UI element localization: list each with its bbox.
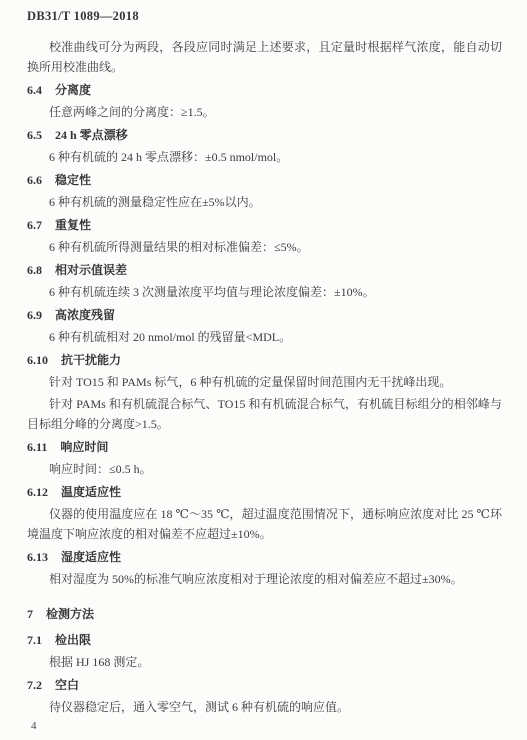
section-heading: 6.12温度适应性 [27,482,502,502]
body-paragraph: 待仪器稳定后，通入零空气，测试 6 种有机硫的响应值。 [27,697,502,717]
body-paragraph: 6 种有机硫所得测量结果的相对标准偏差：≤5%。 [27,237,502,257]
section-title: 湿度适应性 [61,550,121,564]
section-title: 响应时间 [60,440,108,454]
body-paragraph: 响应时间：≤0.5 h。 [27,459,502,479]
body-paragraph: 任意两峰之间的分离度：≥1.5。 [27,102,502,122]
section-heading: 6.7重复性 [27,215,502,235]
section-number: 6.7 [27,215,42,235]
body-paragraph: 根据 HJ 168 测定。 [27,652,502,672]
section-title: 高浓度残留 [55,308,115,322]
body-paragraph: 6 种有机硫的测量稳定性应在±5%以内。 [27,192,502,212]
body-paragraph: 相对湿度为 50%的标准气响应浓度相对于理论浓度的相对偏差应不超过±30%。 [27,569,502,589]
section-title: 温度适应性 [61,485,121,499]
section-number: 6.8 [27,260,42,280]
section-number: 7 [27,604,33,624]
section-title: 检出限 [55,633,91,647]
section-heading: 6.10抗干扰能力 [27,350,502,370]
document-body: 校准曲线可分为两段，各段应同时满足上述要求，且定量时根据样气浓度，能自动切换所用… [27,37,502,717]
section-heading: 7.2空白 [27,675,502,695]
section-title: 抗干扰能力 [61,353,121,367]
section-heading: 6.9高浓度残留 [27,305,502,325]
section-heading: 6.8相对示值误差 [27,260,502,280]
section-title: 重复性 [55,218,91,232]
section-number: 6.4 [27,80,42,100]
section-number: 6.12 [27,482,48,502]
body-paragraph: 6 种有机硫的 24 h 零点漂移：±0.5 nmol/mol。 [27,147,502,167]
section-number: 6.6 [27,170,42,190]
section-number: 6.9 [27,305,42,325]
section-heading: 6.524 h 零点漂移 [27,125,502,145]
document-header-standard-number: DB31/T 1089—2018 [27,8,502,24]
section-heading: 6.4分离度 [27,80,502,100]
section-heading: 6.11响应时间 [27,437,502,457]
body-paragraph: 针对 TO15 和 PAMs 标气，6 种有机硫的定量保留时间范围内无干扰峰出现… [27,372,502,392]
body-paragraph: 仪器的使用温度应在 18 ℃～35 ℃，超过温度范围情况下，通标响应浓度对比 2… [27,504,502,544]
section-heading: 6.13湿度适应性 [27,547,502,567]
section-number: 6.5 [27,125,42,145]
section-number: 6.10 [27,350,48,370]
body-paragraph: 6 种有机硫相对 20 nmol/mol 的残留量<MDL。 [27,327,502,347]
section-title: 24 h 零点漂移 [55,128,128,142]
section-title: 分离度 [55,83,91,97]
section-title: 检测方法 [46,607,94,621]
body-paragraph: 针对 PAMs 和有机硫混合标气、TO15 和有机硫混合标气，有机硫目标组分的相… [27,394,502,434]
section-title: 稳定性 [55,173,91,187]
section-number: 7.2 [27,675,42,695]
section-number: 6.13 [27,547,48,567]
section-number: 7.1 [27,630,42,650]
page-number: 4 [31,720,37,732]
section-number: 6.11 [27,437,47,457]
section-heading: 7.1检出限 [27,630,502,650]
section-title: 相对示值误差 [55,263,127,277]
chapter-heading: 7检测方法 [27,604,502,624]
section-heading: 6.6稳定性 [27,170,502,190]
body-paragraph: 6 种有机硫连续 3 次测量浓度平均值与理论浓度偏差：±10%。 [27,282,502,302]
body-paragraph: 校准曲线可分为两段，各段应同时满足上述要求，且定量时根据样气浓度，能自动切换所用… [27,37,502,77]
section-title: 空白 [55,678,79,692]
document-page: DB31/T 1089—2018 校准曲线可分为两段，各段应同时满足上述要求，且… [0,0,527,740]
